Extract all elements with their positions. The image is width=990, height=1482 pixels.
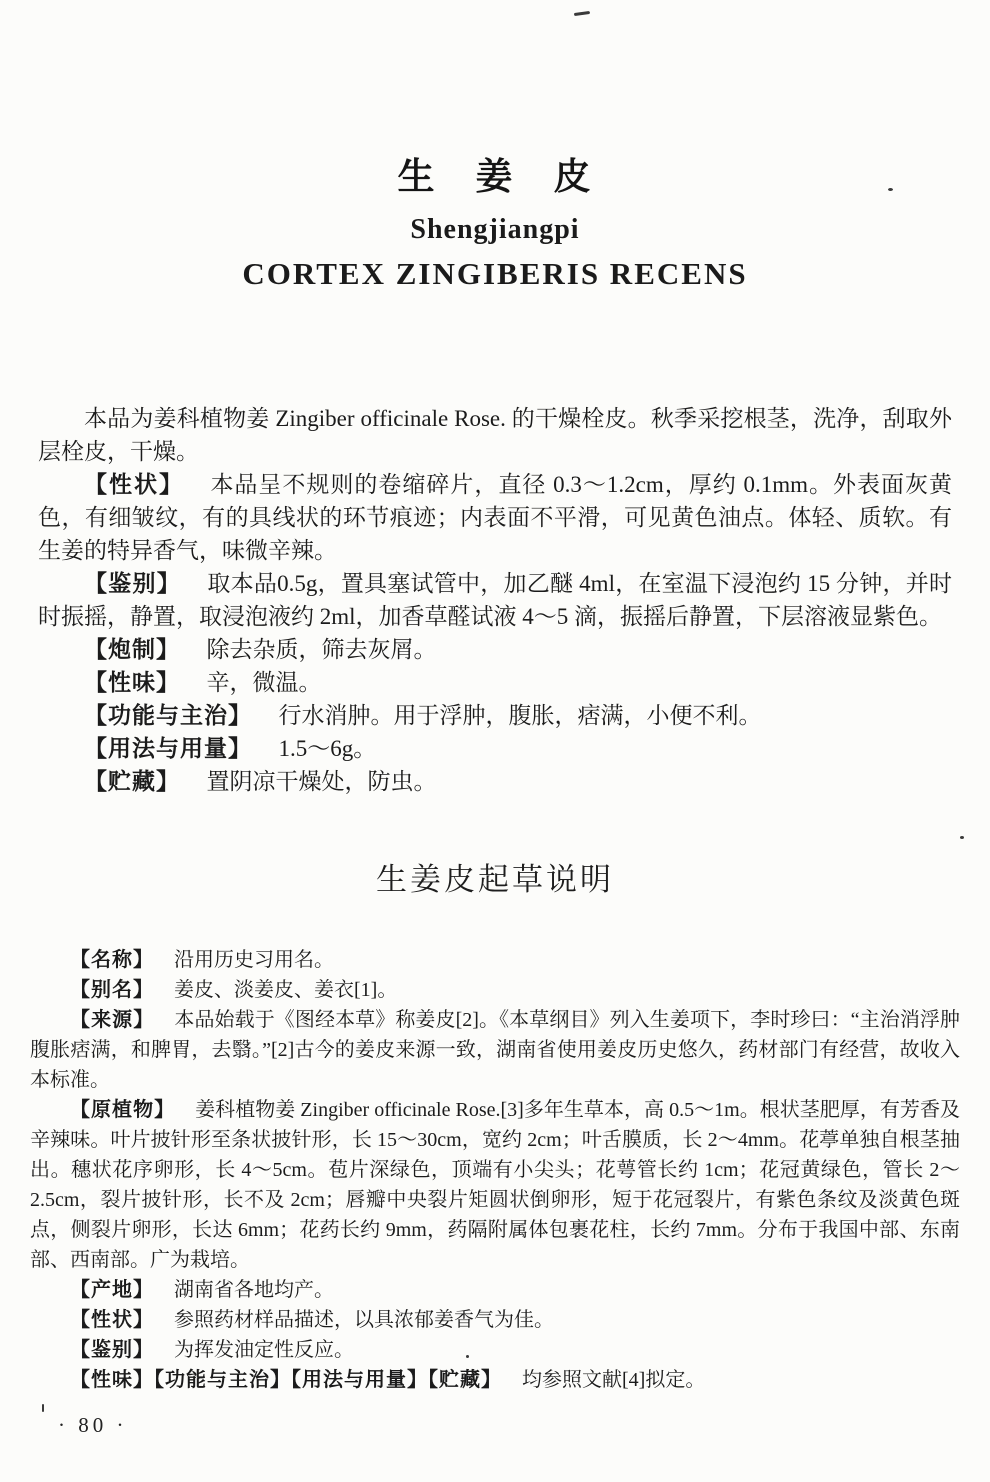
- entry-gongneng-zhuzhi: 【功能与主治】行水消肿。用于浮肿，腹胀，痞满，小便不利。: [38, 699, 952, 732]
- entry-label: 【性状】: [84, 472, 184, 497]
- note-label: 【名称】: [70, 949, 154, 971]
- entry-text: 置阴凉干燥处，防虫。: [206, 769, 436, 794]
- note-yuanzhiwu: 【原植物】姜科植物姜 Zingiber officinale Rose.[3]多…: [30, 1095, 960, 1275]
- entry-label: 【用法与用量】: [84, 736, 252, 761]
- page-number: · 80 ·: [58, 1413, 128, 1438]
- note-label: 【来源】: [70, 1009, 154, 1031]
- note-xingzhuang: 【性状】参照药材样品描述，以具浓郁姜香气为佳。: [30, 1305, 960, 1335]
- monograph-section: 本品为姜科植物姜 Zingiber officinale Rose. 的干燥栓皮…: [0, 402, 990, 798]
- entry-text: 1.5～6g。: [278, 736, 376, 761]
- note-laiyuan: 【来源】本品始载于《图经本草》称姜皮[2]。《本草纲目》列入生姜项下，李时珍曰：…: [30, 1005, 960, 1095]
- entry-yongfa-yongliang: 【用法与用量】1.5～6g。: [38, 732, 952, 765]
- scan-artifact: [888, 188, 893, 191]
- title-chinese: 生 姜 皮: [0, 146, 990, 200]
- scan-artifact: [42, 1404, 44, 1412]
- title-pinyin: Shengjiangpi: [0, 214, 990, 246]
- document-page: 生 姜 皮 Shengjiangpi CORTEX ZINGIBERIS REC…: [0, 0, 990, 1482]
- note-text: 姜皮、淡姜皮、姜衣[1]。: [174, 979, 397, 1001]
- note-label: 【鉴别】: [70, 1339, 154, 1361]
- entry-xingwei: 【性味】辛，微温。: [38, 666, 952, 699]
- title-block: 生 姜 皮 Shengjiangpi CORTEX ZINGIBERIS REC…: [0, 0, 990, 292]
- note-text: 参照药材样品描述，以具浓郁姜香气为佳。: [174, 1309, 554, 1331]
- scan-artifact: [960, 836, 964, 839]
- entry-label: 【贮藏】: [84, 769, 180, 794]
- title-latin: CORTEX ZINGIBERIS RECENS: [0, 256, 990, 292]
- entry-text: 辛，微温。: [206, 670, 321, 695]
- note-text: 均参照文献[4]拟定。: [522, 1369, 705, 1391]
- intro-paragraph: 本品为姜科植物姜 Zingiber officinale Rose. 的干燥栓皮…: [38, 402, 952, 468]
- entry-text: 除去杂质，筛去灰屑。: [206, 637, 436, 662]
- note-text: 沿用历史习用名。: [174, 949, 334, 971]
- note-text: 本品始载于《图经本草》称姜皮[2]。《本草纲目》列入生姜项下，李时珍曰：“主治消…: [30, 1009, 960, 1091]
- scan-artifact: [466, 1355, 469, 1358]
- note-combined-refs: 【性味】【功能与主治】【用法与用量】【贮藏】均参照文献[4]拟定。: [30, 1365, 960, 1395]
- entry-label: 【鉴别】: [84, 571, 181, 596]
- entry-jianbie: 【鉴别】取本品0.5g，置具塞试管中，加乙醚 4ml，在室温下浸泡约 15 分钟…: [38, 567, 952, 633]
- note-label: 【性状】: [70, 1309, 154, 1331]
- notes-heading: 生姜皮起草说明: [0, 854, 990, 899]
- entry-label: 【性味】: [84, 670, 180, 695]
- entry-paozhi: 【炮制】除去杂质，筛去灰屑。: [38, 633, 952, 666]
- note-text: 湖南省各地均产。: [174, 1279, 334, 1301]
- note-label: 【原植物】: [70, 1099, 175, 1121]
- entry-zhucang: 【贮藏】置阴凉干燥处，防虫。: [38, 765, 952, 798]
- entry-xingzhuang: 【性状】本品呈不规则的卷缩碎片，直径 0.3～1.2cm，厚约 0.1mm。外表…: [38, 468, 952, 567]
- note-jianbie: 【鉴别】为挥发油定性反应。: [30, 1335, 960, 1365]
- note-label: 【产地】: [70, 1279, 154, 1301]
- note-label: 【别名】: [70, 979, 154, 1001]
- entry-text: 行水消肿。用于浮肿，腹胀，痞满，小便不利。: [278, 703, 761, 728]
- note-bieming: 【别名】姜皮、淡姜皮、姜衣[1]。: [30, 975, 960, 1005]
- note-text: 姜科植物姜 Zingiber officinale Rose.[3]多年生草本，…: [30, 1099, 960, 1271]
- note-text: 为挥发油定性反应。: [174, 1339, 354, 1361]
- note-mingcheng: 【名称】沿用历史习用名。: [30, 945, 960, 975]
- notes-section: 【名称】沿用历史习用名。 【别名】姜皮、淡姜皮、姜衣[1]。 【来源】本品始载于…: [0, 945, 990, 1395]
- note-chandi: 【产地】湖南省各地均产。: [30, 1275, 960, 1305]
- entry-label: 【炮制】: [84, 637, 180, 662]
- note-label: 【性味】【功能与主治】【用法与用量】【贮藏】: [70, 1369, 502, 1391]
- entry-label: 【功能与主治】: [84, 703, 252, 728]
